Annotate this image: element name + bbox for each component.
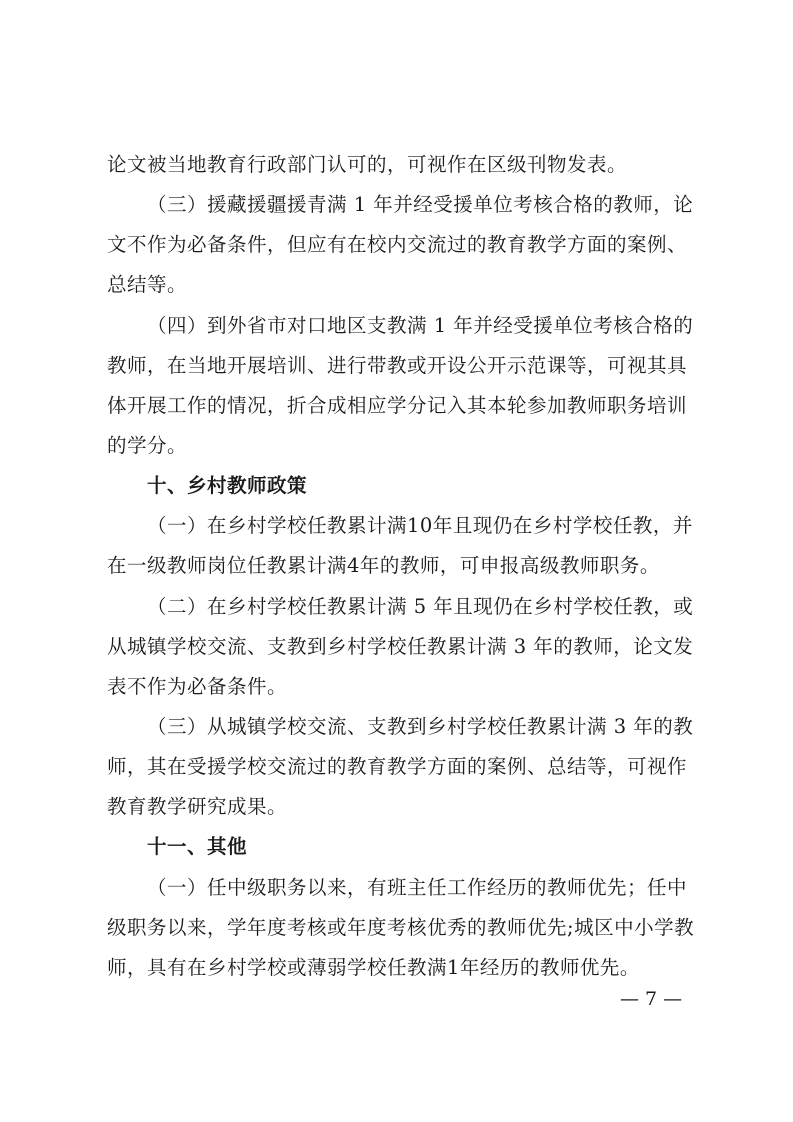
paragraph-line: 总结等。	[107, 265, 687, 305]
paragraph-line: （三）援藏援疆援青满 1 年并经受援单位考核合格的教师，论	[107, 185, 687, 225]
paragraph-line: 在一级教师岗位任教累计满4年的教师，可申报高级教师职务。	[107, 546, 687, 586]
paragraph-line: （三）从城镇学校交流、支教到乡村学校任教累计满 3 年的教	[107, 707, 687, 747]
paragraph-line: 论文被当地教育行政部门认可的，可视作在区级刊物发表。	[107, 145, 687, 185]
document-page: 论文被当地教育行政部门认可的，可视作在区级刊物发表。 （三）援藏援疆援青满 1 …	[0, 0, 793, 1122]
paragraph-line: 文不作为必备条件，但应有在校内交流过的教育教学方面的案例、	[107, 225, 687, 265]
paragraph-line: 教师，在当地开展培训、进行带教或开设公开示范课等，可视其具	[107, 346, 687, 386]
paragraph-line: 从城镇学校交流、支教到乡村学校任教累计满 3 年的教师，论文发	[107, 627, 687, 667]
paragraph-line: 师，其在受援学校交流过的教育教学方面的案例、总结等，可视作	[107, 747, 687, 787]
document-body: 论文被当地教育行政部门认可的，可视作在区级刊物发表。 （三）援藏援疆援青满 1 …	[107, 145, 687, 988]
paragraph-line: 教育教学研究成果。	[107, 787, 687, 827]
paragraph-line: 级职务以来，学年度考核或年度考核优秀的教师优先;城区中小学教	[107, 908, 687, 948]
paragraph-line: （二）在乡村学校任教累计满 5 年且现仍在乡村学校任教，或	[107, 587, 687, 627]
section-heading: 十一、其他	[107, 827, 687, 867]
page-number: — 7 —	[620, 988, 680, 1010]
paragraph-line: （一）在乡村学校任教累计满10年且现仍在乡村学校任教，并	[107, 506, 687, 546]
paragraph-line: （一）任中级职务以来，有班主任工作经历的教师优先；任中	[107, 868, 687, 908]
paragraph-line: 体开展工作的情况，折合成相应学分记入其本轮参加教师职务培训	[107, 386, 687, 426]
paragraph-line: （四）到外省市对口地区支教满 1 年并经受援单位考核合格的	[107, 306, 687, 346]
paragraph-line: 的学分。	[107, 426, 687, 466]
section-heading: 十、乡村教师政策	[107, 466, 687, 506]
paragraph-line: 师，具有在乡村学校或薄弱学校任教满1年经历的教师优先。	[107, 948, 687, 988]
paragraph-line: 表不作为必备条件。	[107, 667, 687, 707]
